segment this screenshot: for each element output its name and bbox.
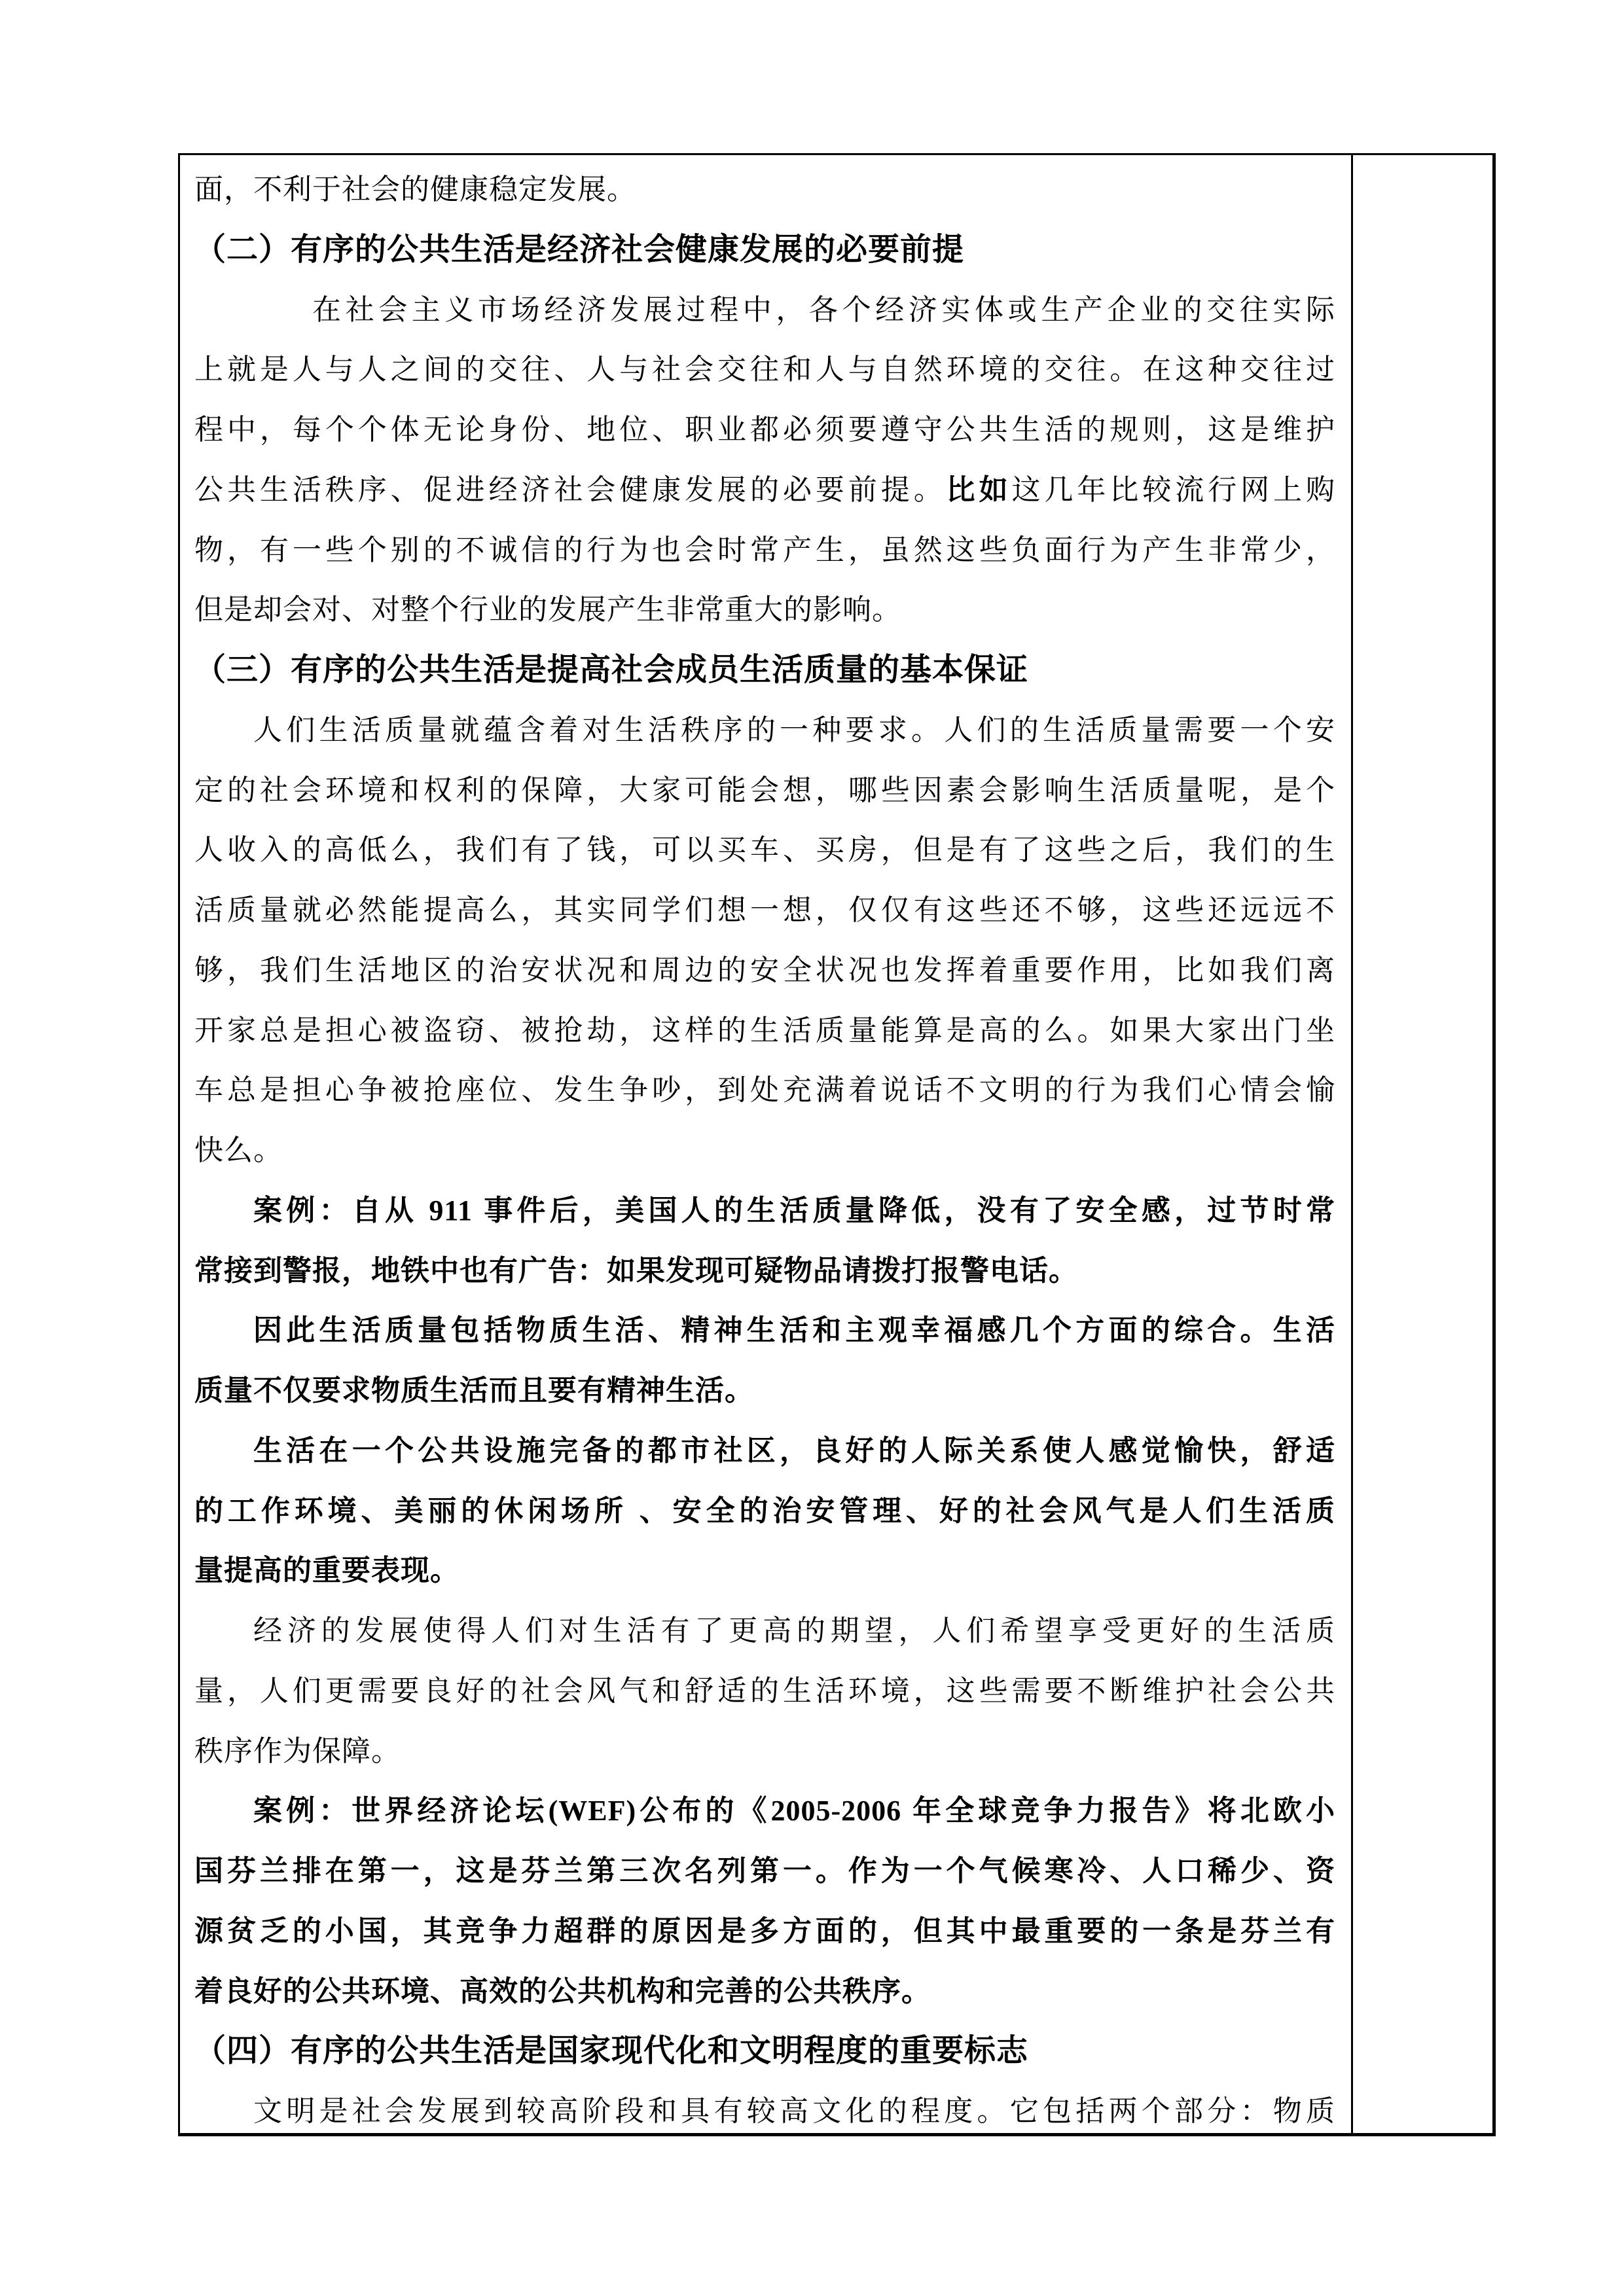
text-line: 常接到警报，地铁中也有广告：如果发现可疑物品请拨打报警电话。	[194, 1241, 1335, 1301]
text-line: 案例：自从 911 事件后，美国人的生活质量降低，没有了安全感，过节时常	[194, 1181, 1335, 1241]
text-segment: 上就是人与人之间的交往、人与社会交往和人与自然环境的交往。在这种交往过	[194, 353, 1335, 386]
text-line: 够，我们生活地区的治安状况和周边的安全状况也发挥着重要作用，比如我们离	[194, 941, 1335, 1001]
text-line: 程中，每个个体无论身份、地位、职业都必须要遵守公共生活的规则，这是维护	[194, 400, 1335, 460]
text-segment: 面，不利于社会的健康稳定发展。	[194, 173, 636, 206]
bold-text-segment: 质量不仅要求物质生活而且要有精神生活。	[194, 1374, 754, 1407]
content-cell: 面，不利于社会的健康稳定发展。（二）有序的公共生活是经济社会健康发展的必要前提在…	[180, 155, 1353, 2133]
bold-text-segment: （四）有序的公共生活是国家现代化和文明程度的重要标志	[194, 2034, 1028, 2068]
text-segment: 程中，每个个体无论身份、地位、职业都必须要遵守公共生活的规则，这是维护	[194, 414, 1335, 446]
text-line: 经济的发展使得人们对生活有了更高的期望，人们希望享受更好的生活质	[194, 1601, 1335, 1661]
text-line: 质量不仅要求物质生活而且要有精神生活。	[194, 1361, 1335, 1421]
heading-line: （四）有序的公共生活是国家现代化和文明程度的重要标志	[194, 2021, 1335, 2081]
text-line: 源贫乏的小国，其竞争力超群的原因是多方面的，但其中最重要的一条是芬兰有	[194, 1901, 1335, 1962]
text-segment: 在社会主义市场经济发展过程中，各个经济实体或生产企业的交往实际	[312, 294, 1335, 326]
text-line: 定的社会环境和权利的保障，大家可能会想，哪些因素会影响生活质量呢，是个	[194, 761, 1335, 821]
text-segment: 活质量就必然能提高么，其实同学们想一想，仅仅有这些还不够，这些还远远不	[194, 894, 1335, 926]
text-line: 开家总是担心被盗窃、被抢劫，这样的生活质量能算是高的么。如果大家出门坐	[194, 1001, 1335, 1061]
text-line: 文明是社会发展到较高阶段和具有较高文化的程度。它包括两个部分：物质	[194, 2081, 1335, 2133]
text-segment: 车总是担心争被抢座位、发生争吵，到处充满着说话不文明的行为我们心情会愉	[194, 1074, 1335, 1106]
bold-text-segment: （二）有序的公共生活是经济社会健康发展的必要前提	[194, 232, 964, 267]
bold-text-segment: 源贫乏的小国，其竞争力超群的原因是多方面的，但其中最重要的一条是芬兰有	[194, 1915, 1335, 1947]
text-line: 公共生活秩序、促进经济社会健康发展的必要前提。比如这几年比较流行网上购	[194, 460, 1335, 520]
text-line: 人收入的高低么，我们有了钱，可以买车、买房，但是有了这些之后，我们的生	[194, 820, 1335, 880]
text-line: 的工作环境、美丽的休闲场所 、安全的治安管理、好的社会风气是人们生活质	[194, 1481, 1335, 1541]
bold-text-segment: 着良好的公共环境、高效的公共机构和完善的公共秩序。	[194, 1975, 931, 2007]
text-segment: 但是却会对、对整个行业的发展产生非常重大的影响。	[194, 594, 901, 626]
lesson-plan-table: 面，不利于社会的健康稳定发展。（二）有序的公共生活是经济社会健康发展的必要前提在…	[178, 153, 1496, 2136]
bold-text-segment: 案例：世界经济论坛(WEF)公布的《2005-2006 年全球竞争力报告》将北欧…	[253, 1795, 1335, 1827]
bold-text-segment: 比如	[947, 474, 1012, 506]
text-line: 国芬兰排在第一，这是芬兰第三次名列第一。作为一个气候寒冷、人口稀少、资	[194, 1841, 1335, 1901]
text-segment: 这几年比较流行网上购	[1012, 474, 1335, 506]
bold-text-segment: 生活在一个公共设施完备的都市社区，良好的人际关系使人感觉愉快，舒适	[253, 1435, 1335, 1467]
text-segment: 开家总是担心被盗窃、被抢劫，这样的生活质量能算是高的么。如果大家出门坐	[194, 1014, 1335, 1047]
text-line: 面，不利于社会的健康稳定发展。	[194, 160, 1335, 220]
text-line: 生活在一个公共设施完备的都市社区，良好的人际关系使人感觉愉快，舒适	[194, 1421, 1335, 1481]
text-line: 案例：世界经济论坛(WEF)公布的《2005-2006 年全球竞争力报告》将北欧…	[194, 1781, 1335, 1841]
bold-text-segment: 常接到警报，地铁中也有广告：如果发现可疑物品请拨打报警电话。	[194, 1255, 1078, 1287]
bold-text-segment: 因此生活质量包括物质生活、精神生活和主观幸福感几个方面的综合。生活	[253, 1314, 1335, 1346]
text-segment: 物，有一些个别的不诚信的行为也会时常产生，虽然这些负面行为产生非常少，	[194, 534, 1335, 566]
text-line: 秩序作为保障。	[194, 1721, 1335, 1782]
content-lines: 面，不利于社会的健康稳定发展。（二）有序的公共生活是经济社会健康发展的必要前提在…	[194, 160, 1335, 2133]
text-line: 人们生活质量就蕴含着对生活秩序的一种要求。人们的生活质量需要一个安	[194, 700, 1335, 761]
text-line: 着良好的公共环境、高效的公共机构和完善的公共秩序。	[194, 1962, 1335, 2022]
text-segment: 秩序作为保障。	[194, 1735, 401, 1767]
text-segment: 人收入的高低么，我们有了钱，可以买车、买房，但是有了这些之后，我们的生	[194, 834, 1335, 866]
bold-text-segment: 案例：自从 911 事件后，美国人的生活质量降低，没有了安全感，过节时常	[253, 1194, 1335, 1227]
text-line: 在社会主义市场经济发展过程中，各个经济实体或生产企业的交往实际	[194, 280, 1335, 340]
text-line: 车总是担心争被抢座位、发生争吵，到处充满着说话不文明的行为我们心情会愉	[194, 1060, 1335, 1121]
bold-text-segment: （三）有序的公共生活是提高社会成员生活质量的基本保证	[194, 653, 1028, 687]
text-line: 因此生活质量包括物质生活、精神生活和主观幸福感几个方面的综合。生活	[194, 1300, 1335, 1361]
bold-text-segment: 国芬兰排在第一，这是芬兰第三次名列第一。作为一个气候寒冷、人口稀少、资	[194, 1855, 1335, 1887]
text-segment: 量，人们更需要良好的社会风气和舒适的生活环境，这些需要不断维护社会公共	[194, 1675, 1335, 1707]
empty-side-column	[1353, 155, 1492, 2133]
text-line: 活质量就必然能提高么，其实同学们想一想，仅仅有这些还不够，这些还远远不	[194, 880, 1335, 941]
text-segment: 公共生活秩序、促进经济社会健康发展的必要前提。	[194, 474, 947, 506]
text-line: 上就是人与人之间的交往、人与社会交往和人与自然环境的交往。在这种交往过	[194, 340, 1335, 400]
text-segment: 快么。	[194, 1134, 283, 1166]
heading-line: （三）有序的公共生活是提高社会成员生活质量的基本保证	[194, 640, 1335, 700]
text-line: 物，有一些个别的不诚信的行为也会时常产生，虽然这些负面行为产生非常少，	[194, 520, 1335, 581]
text-segment: 定的社会环境和权利的保障，大家可能会想，哪些因素会影响生活质量呢，是个	[194, 774, 1335, 806]
text-segment: 够，我们生活地区的治安状况和周边的安全状况也发挥着重要作用，比如我们离	[194, 954, 1335, 986]
bold-text-segment: 量提高的重要表现。	[194, 1554, 460, 1587]
text-line: 量，人们更需要良好的社会风气和舒适的生活环境，这些需要不断维护社会公共	[194, 1661, 1335, 1721]
bold-text-segment: 的工作环境、美丽的休闲场所 、安全的治安管理、好的社会风气是人们生活质	[194, 1495, 1335, 1527]
text-segment: 文明是社会发展到较高阶段和具有较高文化的程度。它包括两个部分：物质	[253, 2095, 1335, 2127]
text-line: 快么。	[194, 1121, 1335, 1181]
heading-line: （二）有序的公共生活是经济社会健康发展的必要前提	[194, 220, 1335, 280]
text-line: 但是却会对、对整个行业的发展产生非常重大的影响。	[194, 580, 1335, 640]
text-segment: 人们生活质量就蕴含着对生活秩序的一种要求。人们的生活质量需要一个安	[253, 714, 1335, 746]
text-segment: 经济的发展使得人们对生活有了更高的期望，人们希望享受更好的生活质	[253, 1615, 1335, 1647]
text-line: 量提高的重要表现。	[194, 1541, 1335, 1601]
